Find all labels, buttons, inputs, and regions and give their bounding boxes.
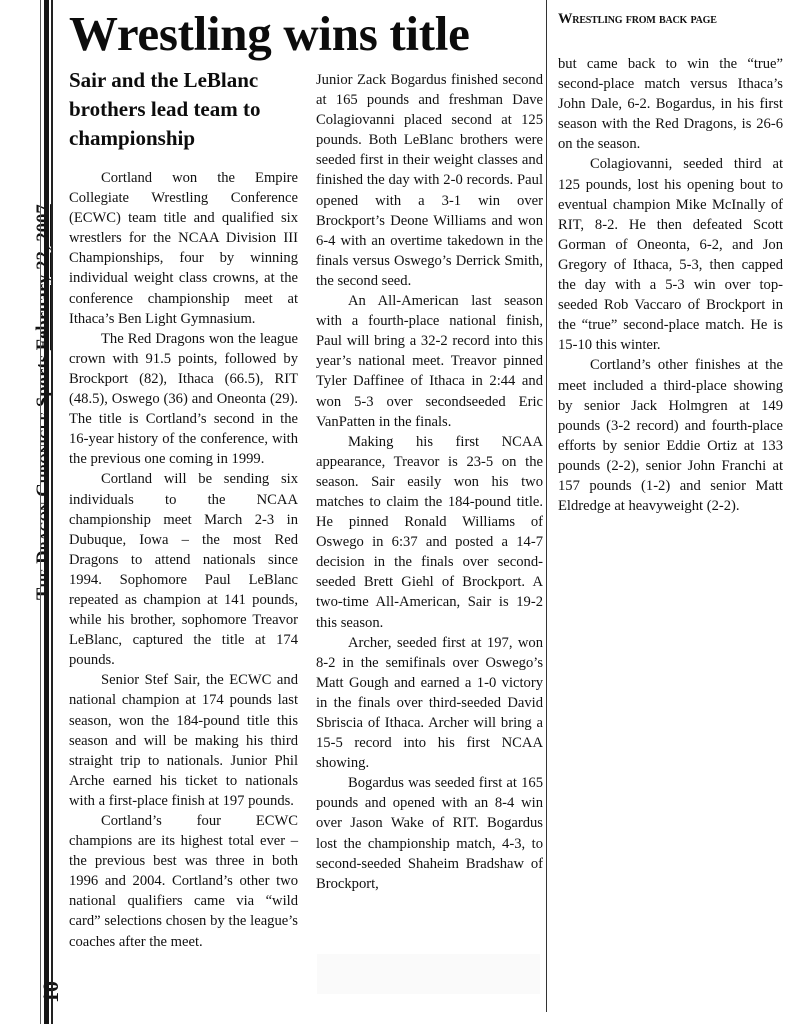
paragraph: Cortland’s four ECWC champions are its h… xyxy=(69,811,298,952)
paragraph: Senior Stef Sair, the ECWC and national … xyxy=(69,670,298,811)
paragraph: Cortland’s other finishes at the meet in… xyxy=(558,355,783,516)
paragraph: Cortland will be sending six individuals… xyxy=(69,469,298,670)
folio-margin: The Dragon Chronicle Sports February 22,… xyxy=(0,0,58,1024)
paragraph: Bogardus was seeded first at 165 pounds … xyxy=(316,773,543,894)
paragraph: An All-American last season with a fourt… xyxy=(316,291,543,432)
article-headline: Wrestling wins title xyxy=(69,6,470,62)
margin-rule-thick xyxy=(44,0,49,1024)
paragraph: Junior Zack Bogardus finished second at … xyxy=(316,70,543,291)
paragraph: The Red Dragons won the league crown wit… xyxy=(69,329,298,470)
paragraph: Colagiovanni, seeded third at 125 pounds… xyxy=(558,154,783,355)
article-column-2: Junior Zack Bogardus finished second at … xyxy=(316,70,543,894)
article-column-1: Cortland won the Empire Collegiate Wrest… xyxy=(69,168,298,952)
paragraph: but came back to win the “true” second-p… xyxy=(558,54,783,154)
blank-space xyxy=(317,954,540,994)
jump-column: but came back to win the “true” second-p… xyxy=(558,54,783,516)
paragraph: Archer, seeded first at 197, won 8-2 in … xyxy=(316,633,543,774)
paragraph: Cortland won the Empire Collegiate Wrest… xyxy=(69,168,298,329)
paragraph: Making his first NCAA appearance, Treavo… xyxy=(316,432,543,633)
column-divider-rule xyxy=(546,0,547,1012)
margin-rule-hairline xyxy=(40,0,41,1024)
article-deck: Sair and the LeBlanc brothers lead team … xyxy=(69,66,301,153)
margin-rule-thin xyxy=(51,0,53,1024)
jump-heading: Wrestling from back page xyxy=(558,11,717,28)
